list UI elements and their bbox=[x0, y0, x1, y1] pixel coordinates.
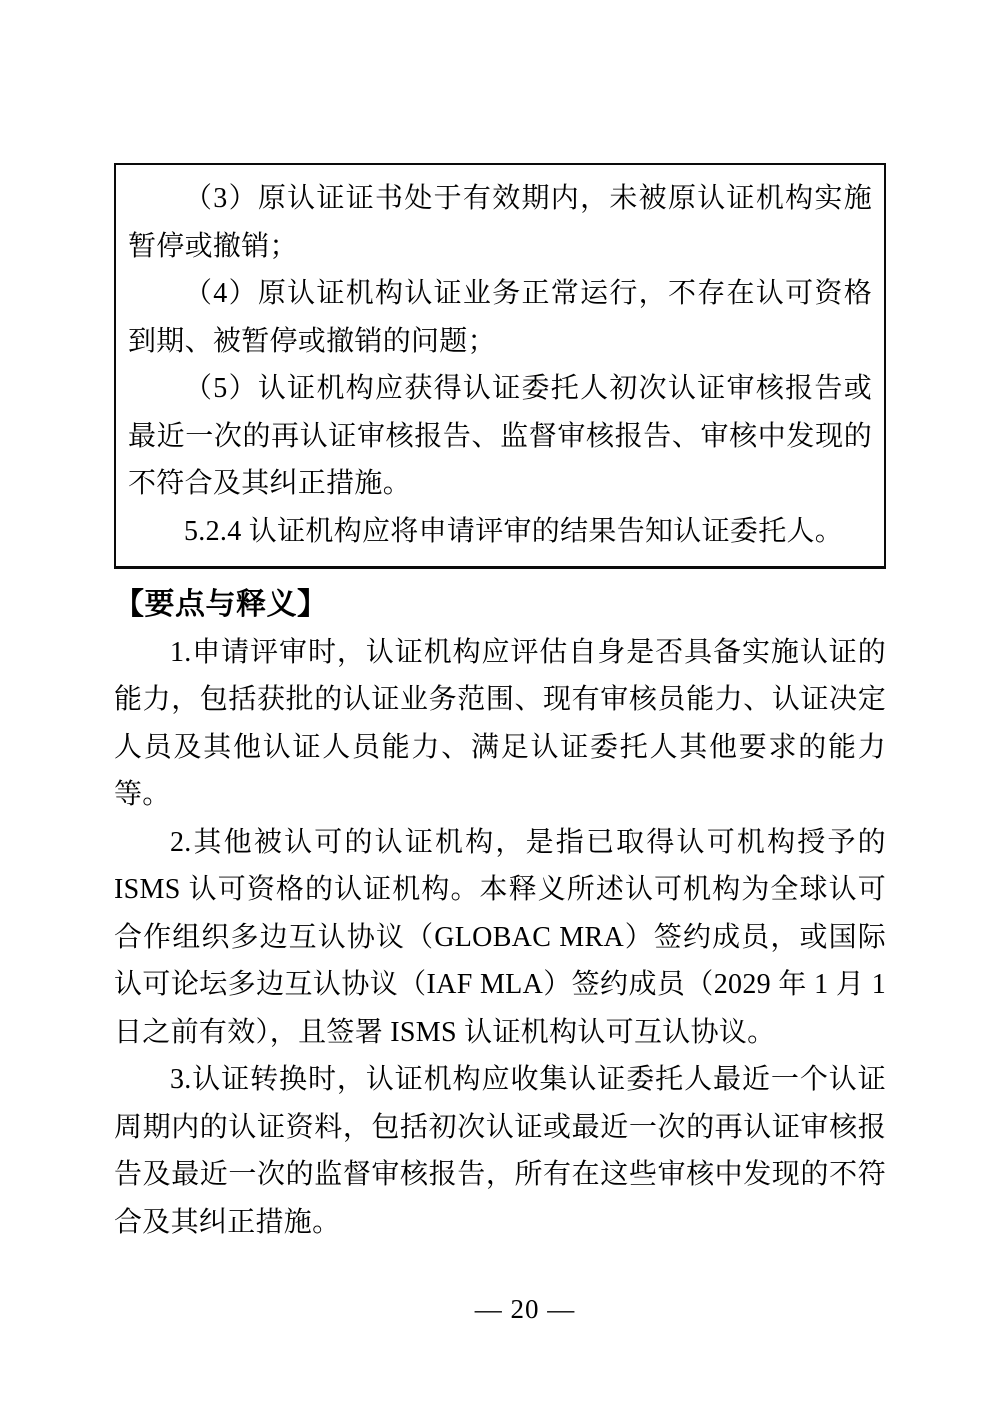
document-content: （3）原认证证书处于有效期内，未被原认证机构实施暂停或撤销； （4）原认证机构认… bbox=[114, 163, 886, 1246]
explanation-paragraph-3: 3.认证转换时，认证机构应收集认证委托人最近一个认证周期内的认证资料，包括初次认… bbox=[114, 1056, 886, 1246]
clause-item-5: （5）认证机构应获得认证委托人初次认证审核报告或最近一次的再认证审核报告、监督审… bbox=[128, 365, 872, 508]
clause-item-3: （3）原认证证书处于有效期内，未被原认证机构实施暂停或撤销； bbox=[128, 175, 872, 270]
document-page: （3）原认证证书处于有效期内，未被原认证机构实施暂停或撤销； （4）原认证机构认… bbox=[0, 0, 1000, 1414]
clause-item-4: （4）原认证机构认证业务正常运行，不存在认可资格到期、被暂停或撤销的问题； bbox=[128, 270, 872, 365]
standard-clause-box: （3）原认证证书处于有效期内，未被原认证机构实施暂停或撤销； （4）原认证机构认… bbox=[114, 163, 886, 569]
page-number: — 20 — bbox=[0, 1292, 1000, 1326]
section-heading-key-points: 【要点与释义】 bbox=[114, 581, 886, 629]
clause-5-2-4: 5.2.4 认证机构应将申请评审的结果告知认证委托人。 bbox=[128, 508, 872, 556]
explanation-paragraph-1: 1.申请评审时，认证机构应评估自身是否具备实施认证的能力，包括获批的认证业务范围… bbox=[114, 629, 886, 819]
explanation-paragraph-2: 2.其他被认可的认证机构，是指已取得认可机构授予的 ISMS 认可资格的认证机构… bbox=[114, 819, 886, 1057]
